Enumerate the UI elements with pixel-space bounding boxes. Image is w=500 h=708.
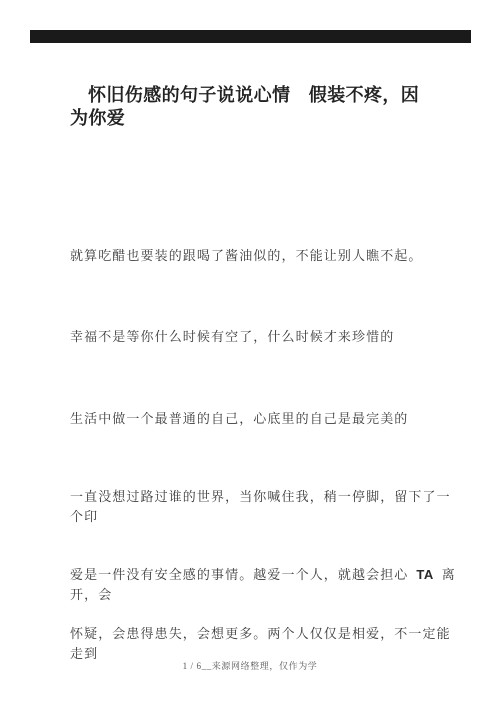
page-title: 怀旧伤感的句子说说心情 假装不疼，因 为你爱 — [70, 84, 438, 130]
paragraph-5-text-before-ta: 爱是一件没有安全感的事情。越爱一个人，就越会担心 — [70, 567, 408, 582]
top-divider-bar — [30, 30, 471, 43]
paragraph-4: 一直没想过路过谁的世界，当你喊住我，稍一停脚，留下了一个印 — [70, 487, 460, 527]
paragraph-5-text-after-ta: 离 — [442, 567, 456, 582]
footer-note: 1 / 6__来源网络整理，仅作为学 — [0, 659, 500, 672]
paragraph-2: 幸福不是等你什么时候有空了，什么时候才来珍惜的 — [70, 327, 460, 347]
paragraph-3: 生活中做一个最普通的自己，心底里的自己是最完美的 — [70, 409, 460, 429]
paragraph-6: 怀疑，会患得患失，会想更多。两个人仅仅是相爱，不一定能走到 — [70, 624, 460, 664]
document-page: 怀旧伤感的句子说说心情 假装不疼，因 为你爱 就算吃醋也要装的跟喝了酱油似的，不… — [0, 0, 500, 708]
page-title-line1: 怀旧伤感的句子说说心情 假装不疼，因 — [70, 84, 438, 107]
ta-pronoun-label: TA — [416, 567, 433, 582]
paragraph-5: 爱是一件没有安全感的事情。越爱一个人，就越会担心TA离 开，会 — [70, 565, 460, 605]
page-title-line2: 为你爱 — [70, 107, 438, 130]
paragraph-1: 就算吃醋也要装的跟喝了酱油似的，不能让别人瞧不起。 — [70, 246, 460, 266]
paragraph-5-line2: 开，会 — [70, 587, 112, 602]
